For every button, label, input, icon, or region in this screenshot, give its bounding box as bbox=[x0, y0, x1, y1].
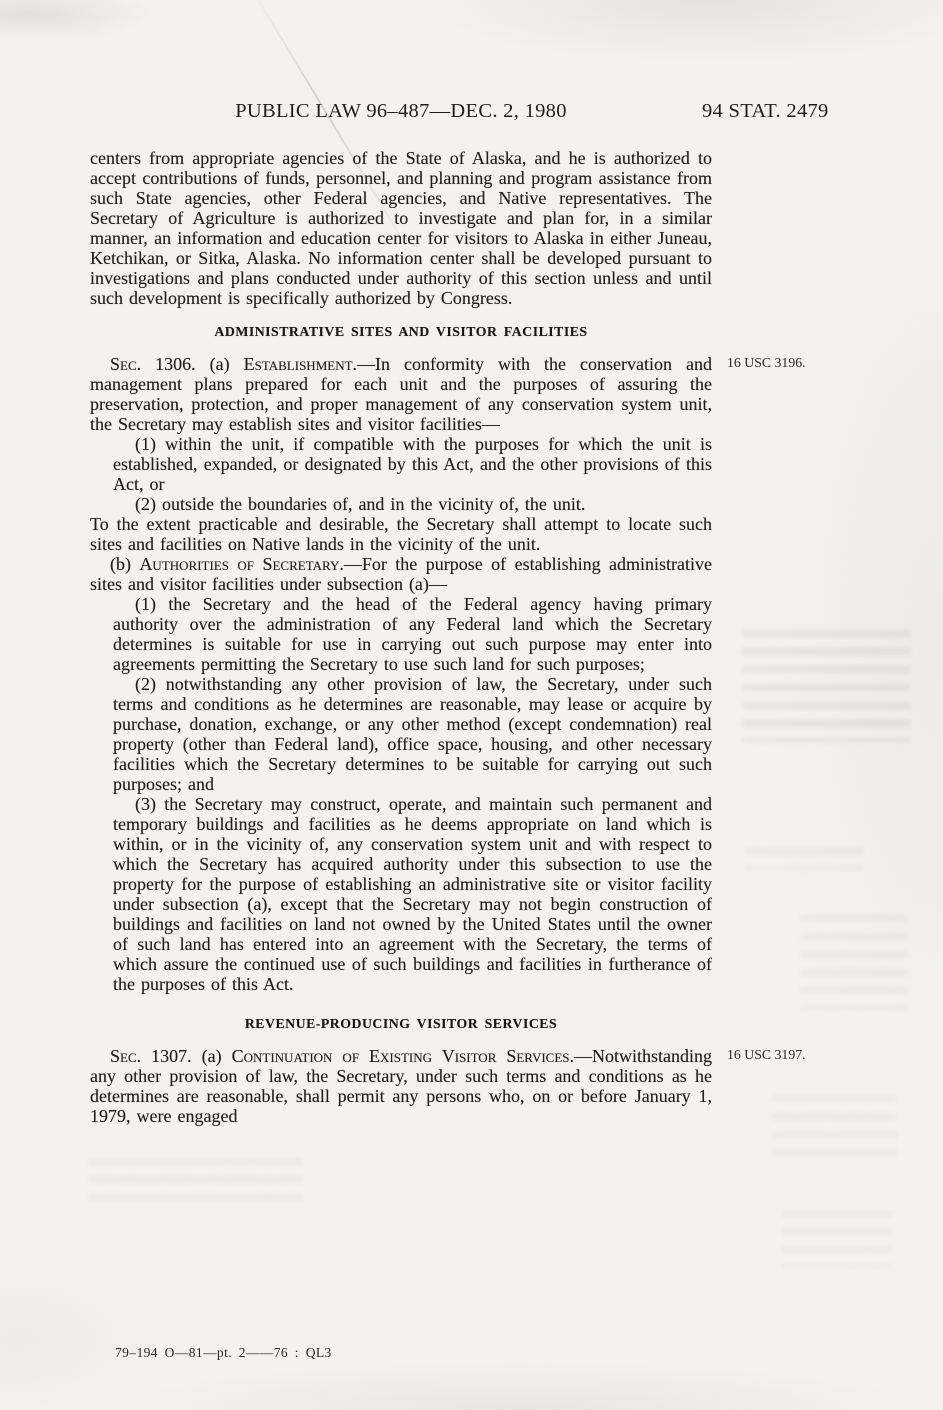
bleedthrough-artifact bbox=[88, 1158, 303, 1210]
text-run: (2) outside the boundaries of, and in th… bbox=[135, 494, 585, 514]
continuation-paragraph: centers from appropriate agencies of the… bbox=[90, 148, 712, 308]
section-heading-revenue-producing: REVENUE-PRODUCING VISITOR SERVICES bbox=[90, 1016, 712, 1032]
print-code-footer: 79–194 O—81—pt. 2——76 : QL3 bbox=[115, 1345, 332, 1361]
running-head: PUBLIC LAW 96–487—DEC. 2, 1980 94 STAT. … bbox=[90, 100, 712, 126]
bleedthrough-artifact bbox=[745, 848, 863, 870]
statute-page-number: 94 STAT. 2479 bbox=[702, 100, 829, 123]
text-run: (3) the Secretary may construct, operate… bbox=[113, 794, 712, 994]
scanned-statute-page: PUBLIC LAW 96–487—DEC. 2, 1980 94 STAT. … bbox=[0, 0, 943, 1410]
small-caps-run: Authorities of Secretary bbox=[139, 554, 339, 574]
text-run: (b) bbox=[110, 554, 139, 574]
bleedthrough-artifact bbox=[782, 1210, 892, 1268]
text-run: (1) within the unit, if compatible with … bbox=[113, 434, 712, 494]
small-caps-run: Sec. bbox=[110, 354, 141, 374]
text-run: 1307. (a) bbox=[141, 1046, 231, 1066]
text-run: centers from appropriate agencies of the… bbox=[90, 148, 712, 308]
text-column: PUBLIC LAW 96–487—DEC. 2, 1980 94 STAT. … bbox=[90, 100, 712, 1126]
document-body: centers from appropriate agencies of the… bbox=[90, 148, 712, 1126]
small-caps-run: Sec. bbox=[110, 1046, 141, 1066]
sec-1306-a-establishment: Sec. 1306. (a) Establishment.—In conform… bbox=[90, 354, 712, 434]
margin-note-usc-citation: 16 USC 3196. bbox=[727, 355, 887, 371]
sec-1306-b-item-2: (2) notwithstanding any other provision … bbox=[113, 674, 712, 794]
bleedthrough-artifact bbox=[772, 1095, 897, 1161]
section-heading-administrative-sites: ADMINISTRATIVE SITES AND VISITOR FACILIT… bbox=[90, 324, 712, 340]
sec-1306-a-item-2: (2) outside the boundaries of, and in th… bbox=[113, 494, 712, 514]
sec-1306-b-authorities: (b) Authorities of Secretary.—For the pu… bbox=[90, 554, 712, 594]
small-caps-run: Continuation of Existing Visitor Service… bbox=[232, 1046, 570, 1066]
margin-note-usc-citation: 16 USC 3197. bbox=[727, 1047, 887, 1063]
bleedthrough-artifact bbox=[742, 630, 910, 742]
law-title: PUBLIC LAW 96–487—DEC. 2, 1980 bbox=[90, 100, 712, 123]
sec-1306-b-item-1: (1) the Secretary and the head of the Fe… bbox=[113, 594, 712, 674]
small-caps-run: Establishment bbox=[244, 354, 353, 374]
text-run: 1306. (a) bbox=[141, 354, 244, 374]
text-run: To the extent practicable and desirable,… bbox=[90, 514, 712, 554]
bleedthrough-artifact bbox=[800, 915, 908, 1010]
sec-1307-a-continuation: Sec. 1307. (a) Continuation of Existing … bbox=[90, 1046, 712, 1126]
text-run: (1) the Secretary and the head of the Fe… bbox=[113, 594, 712, 674]
text-run: (2) notwithstanding any other provision … bbox=[113, 674, 712, 794]
sec-1306-a-item-1: (1) within the unit, if compatible with … bbox=[113, 434, 712, 494]
sec-1306-b-item-3: (3) the Secretary may construct, operate… bbox=[113, 794, 712, 994]
sec-1306-a-flush-text: To the extent practicable and desirable,… bbox=[90, 514, 712, 554]
